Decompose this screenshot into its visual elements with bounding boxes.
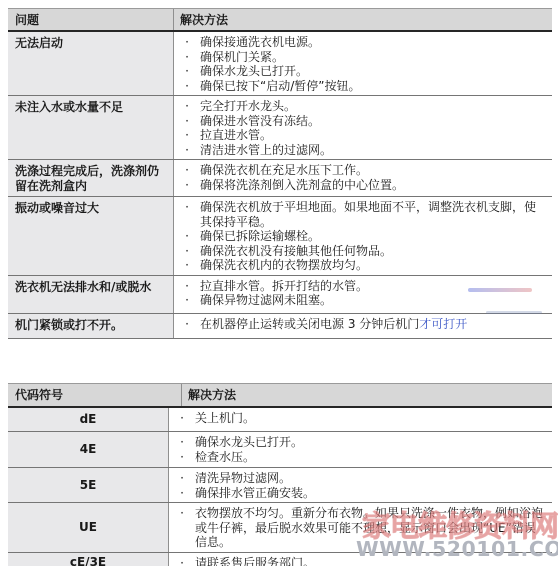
solution-item: ·确保已按下“启动/暂停”按钮。 xyxy=(174,79,550,94)
bullet-icon: · xyxy=(174,128,200,143)
table-row: 振动或噪音过大·确保洗衣机放于平坦地面。如果地面不平，调整洗衣机支脚，使其保持平… xyxy=(8,197,552,276)
solution-item: ·关上机门。 xyxy=(169,411,550,426)
table-row: dE·关上机门。 xyxy=(8,408,552,432)
solution-item: ·检查水压。 xyxy=(169,450,550,465)
solutions-cell: ·关上机门。 xyxy=(168,408,552,431)
watermark-artifact xyxy=(468,288,532,292)
solution-item: ·确保已拆除运输螺栓。 xyxy=(174,229,550,244)
solution-item: ·确保洗衣机在充足水压下工作。 xyxy=(174,163,550,178)
bullet-icon: · xyxy=(169,506,195,550)
table-header-row: 问题解决方法 xyxy=(8,9,552,32)
solution-text: 完全打开水龙头。 xyxy=(200,99,550,114)
solution-item: ·在机器停止运转或关闭电源 3 分钟后机门才可打开 xyxy=(174,317,550,332)
solution-text: 确保水龙头已打开。 xyxy=(195,435,550,450)
bullet-icon: · xyxy=(174,293,200,308)
bullet-icon: · xyxy=(174,35,200,50)
table-row: 无法启动·确保接通洗衣机电源。·确保机门关紧。·确保水龙头已打开。·确保已按下“… xyxy=(8,32,552,96)
solution-item: ·确保洗衣机内的衣物摆放均匀。 xyxy=(174,258,550,273)
solution-text: 确保已拆除运输螺栓。 xyxy=(200,229,550,244)
solution-text: 检查水压。 xyxy=(195,450,550,465)
bullet-icon: · xyxy=(174,200,200,229)
code-cell: cE/3E xyxy=(8,553,168,566)
problem-cell: 未注入水或水量不足 xyxy=(8,96,173,159)
bullet-icon: · xyxy=(174,244,200,259)
watermark-site-url: WWW.520101.COM xyxy=(356,537,558,561)
solution-text: 确保机门关紧。 xyxy=(200,50,550,65)
problem-cell: 振动或噪音过大 xyxy=(8,197,173,275)
solution-item: ·确保接通洗衣机电源。 xyxy=(174,35,550,50)
problem-cell: 洗涤过程完成后，洗涤剂仍留在洗剂盒内 xyxy=(8,160,173,196)
bullet-icon: · xyxy=(174,99,200,114)
solutions-cell: ·确保水龙头已打开。·检查水压。 xyxy=(168,432,552,467)
solutions-cell: ·确保洗衣机放于平坦地面。如果地面不平，调整洗衣机支脚，使其保持平稳。·确保已拆… xyxy=(173,197,552,275)
bullet-icon: · xyxy=(174,64,200,79)
code-cell: dE xyxy=(8,408,168,431)
solution-item: ·确保异物过滤网未阻塞。 xyxy=(174,293,550,308)
solution-text: 确保接通洗衣机电源。 xyxy=(200,35,550,50)
solutions-cell: ·完全打开水龙头。·确保进水管没有冻结。·拉直进水管。·清洁进水管上的过滤网。 xyxy=(173,96,552,159)
column-header-solution: 解决方法 xyxy=(181,384,552,406)
solution-text: 清洁进水管上的过滤网。 xyxy=(200,143,550,158)
problem-cell: 机门紧锁或打不开。 xyxy=(8,314,173,338)
bullet-icon: · xyxy=(169,450,195,465)
solution-item: ·确保将洗涤剂倒入洗剂盒的中心位置。 xyxy=(174,178,550,193)
solution-item: ·清洁进水管上的过滤网。 xyxy=(174,143,550,158)
solutions-cell: ·确保洗衣机在充足水压下工作。·确保将洗涤剂倒入洗剂盒的中心位置。 xyxy=(173,160,552,196)
solution-item: ·清洗异物过滤网。 xyxy=(169,471,550,486)
table-row: 洗涤过程完成后，洗涤剂仍留在洗剂盒内·确保洗衣机在充足水压下工作。·确保将洗涤剂… xyxy=(8,160,552,197)
code-cell: 5E xyxy=(8,468,168,502)
solution-text: 拉直进水管。 xyxy=(200,128,550,143)
solution-text: 确保异物过滤网未阻塞。 xyxy=(200,293,550,308)
bullet-icon: · xyxy=(169,556,195,566)
solution-text: 确保进水管没有冻结。 xyxy=(200,114,550,129)
column-header-left: 代码符号 xyxy=(8,384,181,406)
solution-text: 在机器停止运转或关闭电源 3 分钟后机门才可打开 xyxy=(200,317,550,332)
table-row: 4E·确保水龙头已打开。·检查水压。 xyxy=(8,432,552,468)
solution-item: ·确保洗衣机没有接触其他任何物品。 xyxy=(174,244,550,259)
bullet-icon: · xyxy=(174,178,200,193)
solutions-cell: ·在机器停止运转或关闭电源 3 分钟后机门才可打开 xyxy=(173,314,552,338)
bullet-icon: · xyxy=(174,279,200,294)
solution-text: 确保洗衣机在充足水压下工作。 xyxy=(200,163,550,178)
solution-item: ·确保水龙头已打开。 xyxy=(174,64,550,79)
solutions-cell: ·清洗异物过滤网。·确保排水管正确安装。 xyxy=(168,468,552,502)
table-row: 5E·清洗异物过滤网。·确保排水管正确安装。 xyxy=(8,468,552,503)
problem-cell: 无法启动 xyxy=(8,32,173,95)
code-cell: 4E xyxy=(8,432,168,467)
solution-text: 确保水龙头已打开。 xyxy=(200,64,550,79)
bullet-icon: · xyxy=(169,411,195,426)
bullet-icon: · xyxy=(169,435,195,450)
solution-text: 关上机门。 xyxy=(195,411,550,426)
solutions-cell: ·拉直排水管。拆开打结的水管。·确保异物过滤网未阻塞。 xyxy=(173,276,552,313)
bullet-icon: · xyxy=(174,50,200,65)
solution-text: 确保排水管正确安装。 xyxy=(195,486,550,501)
watermark-artifact xyxy=(486,311,542,314)
solution-item: ·确保排水管正确安装。 xyxy=(169,486,550,501)
solution-text: 确保洗衣机内的衣物摆放均匀。 xyxy=(200,258,550,273)
bullet-icon: · xyxy=(174,163,200,178)
code-cell: UE xyxy=(8,503,168,552)
table-row: 未注入水或水量不足·完全打开水龙头。·确保进水管没有冻结。·拉直进水管。·清洁进… xyxy=(8,96,552,160)
solution-item: ·确保洗衣机放于平坦地面。如果地面不平，调整洗衣机支脚，使其保持平稳。 xyxy=(174,200,550,229)
bullet-icon: · xyxy=(169,486,195,501)
bullet-icon: · xyxy=(174,229,200,244)
column-header-left: 问题 xyxy=(8,9,173,30)
watermark-tinted-text: 才可打开 xyxy=(419,317,467,331)
solution-item: ·确保进水管没有冻结。 xyxy=(174,114,550,129)
solution-item: ·拉直进水管。 xyxy=(174,128,550,143)
bullet-icon: · xyxy=(174,114,200,129)
table-header-row: 代码符号解决方法 xyxy=(8,384,552,408)
solution-item: ·完全打开水龙头。 xyxy=(174,99,550,114)
solution-text: 确保将洗涤剂倒入洗剂盒的中心位置。 xyxy=(200,178,550,193)
column-header-solution: 解决方法 xyxy=(173,9,552,30)
bullet-icon: · xyxy=(174,317,200,332)
solution-text: 清洗异物过滤网。 xyxy=(195,471,550,486)
solution-item: ·确保水龙头已打开。 xyxy=(169,435,550,450)
bullet-icon: · xyxy=(169,471,195,486)
bullet-icon: · xyxy=(174,79,200,94)
table-row: 洗衣机无法排水和/或脱水·拉直排水管。拆开打结的水管。·确保异物过滤网未阻塞。 xyxy=(8,276,552,314)
solution-item: ·确保机门关紧。 xyxy=(174,50,550,65)
bullet-icon: · xyxy=(174,258,200,273)
table-row: 机门紧锁或打不开。·在机器停止运转或关闭电源 3 分钟后机门才可打开 xyxy=(8,314,552,339)
bullet-icon: · xyxy=(174,143,200,158)
solution-text: 确保洗衣机放于平坦地面。如果地面不平，调整洗衣机支脚，使其保持平稳。 xyxy=(200,200,550,229)
problem-cell: 洗衣机无法排水和/或脱水 xyxy=(8,276,173,313)
solution-text: 确保洗衣机没有接触其他任何物品。 xyxy=(200,244,550,259)
solution-text: 确保已按下“启动/暂停”按钮。 xyxy=(200,79,550,94)
solutions-cell: ·确保接通洗衣机电源。·确保机门关紧。·确保水龙头已打开。·确保已按下“启动/暂… xyxy=(173,32,552,95)
